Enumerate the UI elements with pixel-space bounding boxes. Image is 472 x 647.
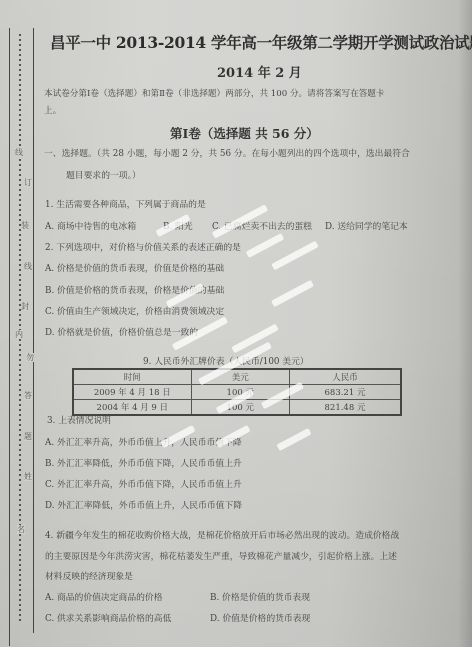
- question-stem: 3. 上表情况说明: [47, 413, 111, 426]
- question-option: C. 供求关系影响商品价格的高低: [45, 611, 171, 624]
- question-option: D. 价格就是价值，价格价值总是一致的: [45, 325, 198, 338]
- question-option: D. 外汇汇率降低，外币币值上升，人民币币值下降: [45, 498, 242, 511]
- binding-label: 题: [24, 432, 32, 441]
- question-option: B. 价格是价值的货币表现: [210, 590, 310, 603]
- table-header: 时间: [73, 369, 191, 385]
- question-option: B. 外汇汇率降低，外币币值下降，人民币币值上升: [45, 456, 242, 469]
- binding-label: 姓: [24, 472, 32, 481]
- watermark-smear: [271, 241, 318, 271]
- question-option: A. 价格是价值的货币表现，价值是价格的基础: [45, 261, 224, 274]
- question-option: D. 价值是价格的货币表现: [210, 611, 310, 624]
- section-instructions: 题目要求的一项。）: [66, 168, 141, 181]
- question-stem: 的主要原因是今年洪涝灾害，棉花枯萎发生严重，导致棉花产量减少，引起价格上涨。上述: [45, 549, 397, 562]
- binding-label: 勿: [26, 353, 34, 362]
- binding-label: 装: [21, 221, 29, 230]
- question-option: C. 价值由生产领域决定，价格由消费领域决定: [45, 304, 224, 317]
- binding-label: 封: [21, 302, 29, 311]
- margin-line-inner: [33, 28, 34, 633]
- binding-label: 线: [15, 148, 23, 157]
- question-stem: 2. 下列选项中，对价格与价值关系的表述正确的是: [45, 240, 241, 253]
- question-stem: 材料反映的经济现象是: [45, 569, 133, 582]
- exchange-rate-table: 时间 美元 人民币 2009 年 4 月 18 日 100 元 683.21 元…: [72, 368, 402, 416]
- watermark-smear: [276, 428, 311, 451]
- watermark-smear: [271, 280, 314, 307]
- exam-date: 2014 年 2 月: [217, 62, 302, 81]
- section-instructions: 一、选择题。（共 28 小题，每小题 2 分，共 56 分。在每小题列出的四个选…: [44, 146, 410, 159]
- question-option: C. 外汇汇率升高，外币币值下降，人民币币值上升: [45, 477, 242, 490]
- binding-dotted-line: [19, 34, 21, 624]
- exam-title: 昌平一中 2013-2014 学年高一年级第二学期开学测试政治试题: [50, 31, 472, 53]
- table-cell: 2009 年 4 月 18 日: [73, 385, 191, 400]
- section-heading: 第Ⅰ卷（选择题 共 56 分）: [170, 124, 319, 142]
- binding-label: 答: [24, 391, 32, 400]
- exam-intro: 本试卷分第Ⅰ卷（选择题）和第Ⅱ卷（非选择题）两部分，共 100 分。请将答案写在…: [44, 86, 454, 120]
- intro-line: 本试卷分第Ⅰ卷（选择题）和第Ⅱ卷（非选择题）两部分，共 100 分。请将答案写在…: [44, 86, 454, 103]
- binding-label: 订: [24, 178, 32, 187]
- page-edge-shadow: [458, 0, 472, 647]
- table-header: 人民币: [289, 369, 401, 385]
- binding-label: 线: [24, 262, 32, 271]
- question-option: A. 商品的价值决定商品的价格: [45, 590, 163, 603]
- binding-label: 内: [15, 330, 23, 339]
- margin-line-outer: [9, 28, 10, 646]
- binding-margin: 线 订 装 线 封 内 勿 答 题 姓 名: [0, 0, 40, 647]
- question-stem: 4. 新疆今年发生的棉花收购价格大战，是棉花价格放开后市场必然出现的波动。造成价…: [45, 528, 399, 541]
- question-stem: 1. 生活需要各种商品，下列属于商品的是: [45, 197, 206, 210]
- table-header-row: 时间 美元 人民币: [73, 369, 401, 385]
- table-cell: 683.21 元: [289, 385, 401, 400]
- question-option: D. 送给同学的笔记本: [325, 219, 408, 232]
- table-cell: 821.48 元: [289, 400, 401, 416]
- binding-label: 名: [17, 525, 25, 534]
- intro-line: 上。: [44, 103, 454, 120]
- question-option: A. 外汇汇率升高，外币币值上升，人民币币值下降: [45, 435, 242, 448]
- question-option: A. 商场中待售的电冰箱: [45, 219, 136, 232]
- watermark-smear: [246, 233, 285, 258]
